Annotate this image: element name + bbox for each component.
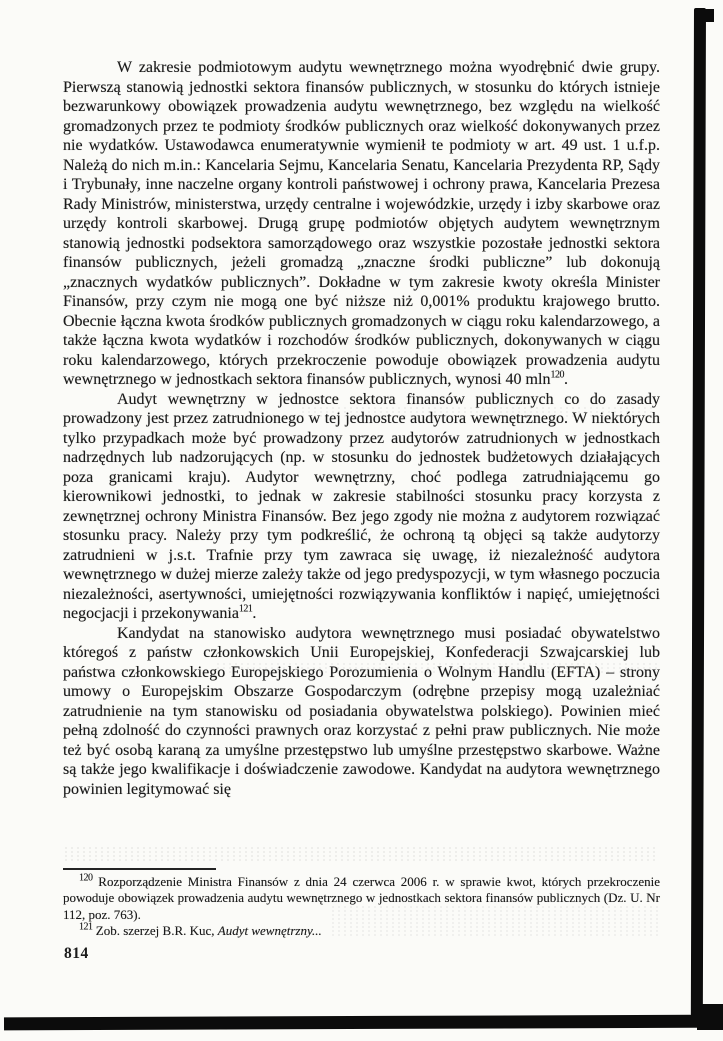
scan-noise-strip bbox=[215, 662, 659, 675]
scan-edge-top-notch bbox=[705, 9, 714, 22]
scan-noise-strip bbox=[300, 406, 656, 419]
scan-edge-bottom-bar bbox=[4, 1015, 723, 1031]
paragraph: W zakresie podmiotowym audytu wewnętrzne… bbox=[63, 58, 660, 390]
paragraph: Audyt wewnętrzny w jednostce sektora fin… bbox=[63, 390, 660, 624]
scanned-book-page: W zakresie podmiotowym audytu wewnętrzne… bbox=[0, 0, 723, 1041]
page-number: 814 bbox=[64, 945, 89, 963]
paragraph: Kandydat na stanowisko audytora wewnętrz… bbox=[63, 624, 660, 800]
scan-edge-corner bbox=[697, 1004, 723, 1030]
scan-noise-strip bbox=[330, 905, 658, 937]
scan-edge-right-bar bbox=[691, 8, 706, 1016]
body-paragraphs: W zakresie podmiotowym audytu wewnętrzne… bbox=[63, 58, 660, 799]
scan-noise-strip bbox=[63, 846, 658, 863]
footnote-separator bbox=[63, 868, 216, 870]
